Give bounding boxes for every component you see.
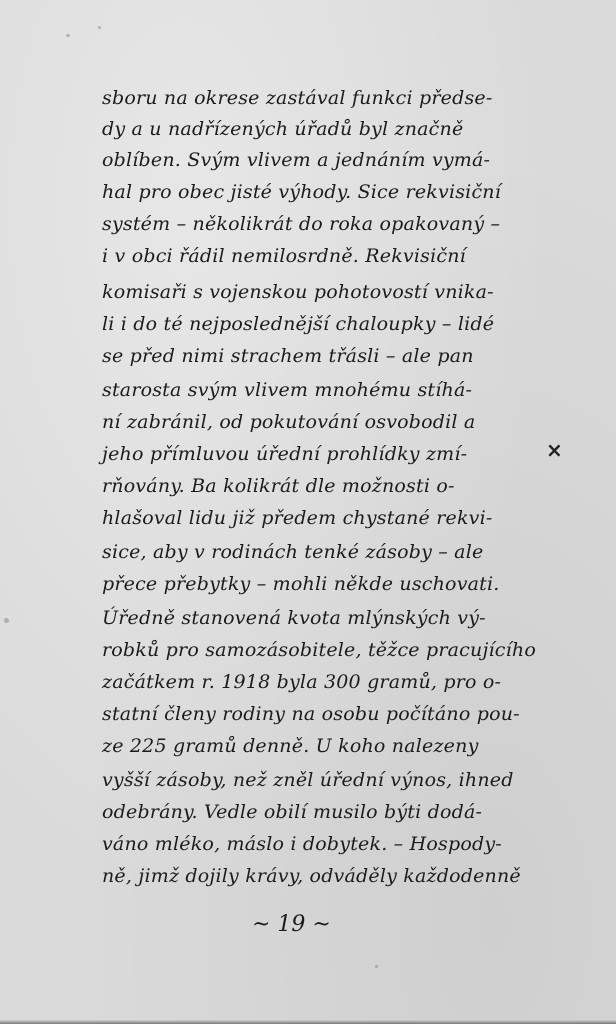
text-line: Úředně stanovená kvota mlýnských vý-: [102, 606, 486, 630]
text-line: dy a u nadřízených úřadů byl značně: [102, 117, 463, 141]
text-line: odebrány. Vedle obilí musilo býti dodá-: [102, 800, 482, 824]
text-line: statní členy rodiny na osobu počítáno po…: [102, 702, 520, 726]
text-line: rňovány. Ba kolikrát dle možnosti o-: [102, 474, 455, 498]
text-line: hal pro obec jisté výhody. Sice rekvisič…: [102, 180, 501, 204]
paper-speck: [66, 34, 70, 37]
text-line: oblíben. Svým vlivem a jednáním vymá-: [102, 148, 490, 172]
paper-speck: [375, 965, 378, 968]
text-line: začátkem r. 1918 byla 300 gramů, pro o-: [102, 670, 501, 694]
text-line: systém – několikrát do roka opakovaný –: [102, 212, 500, 236]
text-line: starosta svým vlivem mnohému stíhá-: [102, 378, 472, 402]
text-line: jeho přímluvou úřední prohlídky zmí-: [102, 442, 467, 466]
paper-speck: [98, 26, 101, 29]
text-line: vyšší zásoby, než zněl úřední výnos, ihn…: [102, 768, 514, 792]
text-line: sboru na okrese zastával funkci předse-: [102, 86, 493, 110]
page-number: ~ 19 ~: [252, 912, 331, 937]
text-line: i v obci řádil nemilosrdně. Rekvisiční: [102, 244, 466, 268]
text-line: sice, aby v rodinách tenké zásoby – ale: [102, 540, 483, 564]
margin-x-mark: ×: [546, 438, 563, 462]
text-line: váno mléko, máslo i dobytek. – Hospody-: [102, 832, 502, 856]
text-line: přece přebytky – mohli někde uschovati.: [102, 572, 500, 596]
text-line: ně, jimž dojily krávy, odváděly každoden…: [102, 864, 521, 888]
text-line: li i do té nejposlednější chaloupky – li…: [102, 312, 494, 336]
text-line: ze 225 gramů denně. U koho nalezeny: [102, 734, 479, 758]
paper-speck: [4, 618, 9, 623]
document-page: sboru na okrese zastával funkci předse- …: [0, 0, 616, 1024]
text-line: se před nimi strachem třásli – ale pan: [102, 344, 474, 368]
text-line: robků pro samozásobitele, těžce pracujíc…: [102, 638, 536, 662]
text-line: hlašoval lidu již předem chystané rekvi-: [102, 506, 493, 530]
text-line: komisaři s vojenskou pohotovostí vnika-: [102, 280, 494, 304]
text-line: ní zabránil, od pokutování osvobodil a: [102, 410, 475, 434]
